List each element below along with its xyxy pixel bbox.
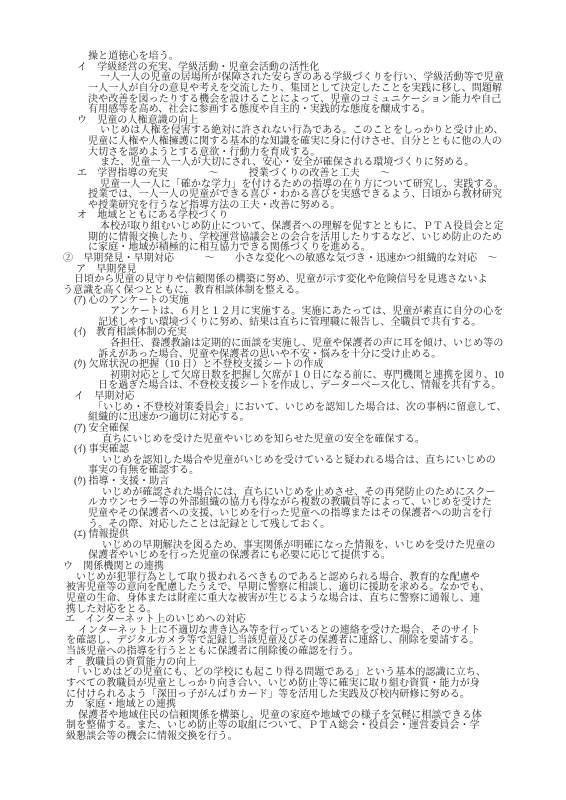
doc-line-60: すべての教職員が児童としっかり向き合い、いじめ防止等に確実に取り組む資質・能力が…	[0, 679, 566, 690]
doc-line-36: (ｱ) 安全確保	[0, 424, 566, 435]
doc-line-34: 「いじめ・不登校対策委員会」において、いじめを認知した場合は、次の事柄に留意して…	[0, 403, 566, 414]
doc-line-4: 一人一人が自分の意見や考えを交流したり、集団として決定したことを実践に移し、問題…	[0, 84, 566, 95]
document-page: 操と道徳心を培う。イ 学級経営の充実、学級活動・児童会活動の活性化一人一人の児童…	[0, 0, 566, 800]
doc-line-20: ② 早期発見・早期対応 〜 小さな変化への敏感な気づき・迅速かつ組織的な対応 〜	[0, 254, 566, 265]
doc-line-39: いじめを認知した場合や児童がいじめを受けていると疑われる場合は、直ちにいじめの	[0, 456, 566, 467]
doc-line-65: 級懇談会等の機会に情報交換を行う。	[0, 732, 566, 743]
doc-line-12: エ 学習指導の充実 〜 授業づくりの改善と工夫 〜	[0, 169, 566, 180]
doc-line-52: 児童の生命、身体または財産に重大な被害が生じるような場合は、直ちに警察に通報し、…	[0, 594, 566, 605]
doc-line-28: 各担任、養護教諭は定期的に面談を実施し、児童や保護者の声に耳を傾け、いじめ等の	[0, 339, 566, 350]
doc-line-44: 児童やその保護者への支援、いじめを行った児童への指導またはその保護者への助言を行	[0, 509, 566, 520]
document-body: 操と道徳心を培う。イ 学級経営の充実、学級活動・児童会活動の活性化一人一人の児童…	[0, 52, 566, 743]
